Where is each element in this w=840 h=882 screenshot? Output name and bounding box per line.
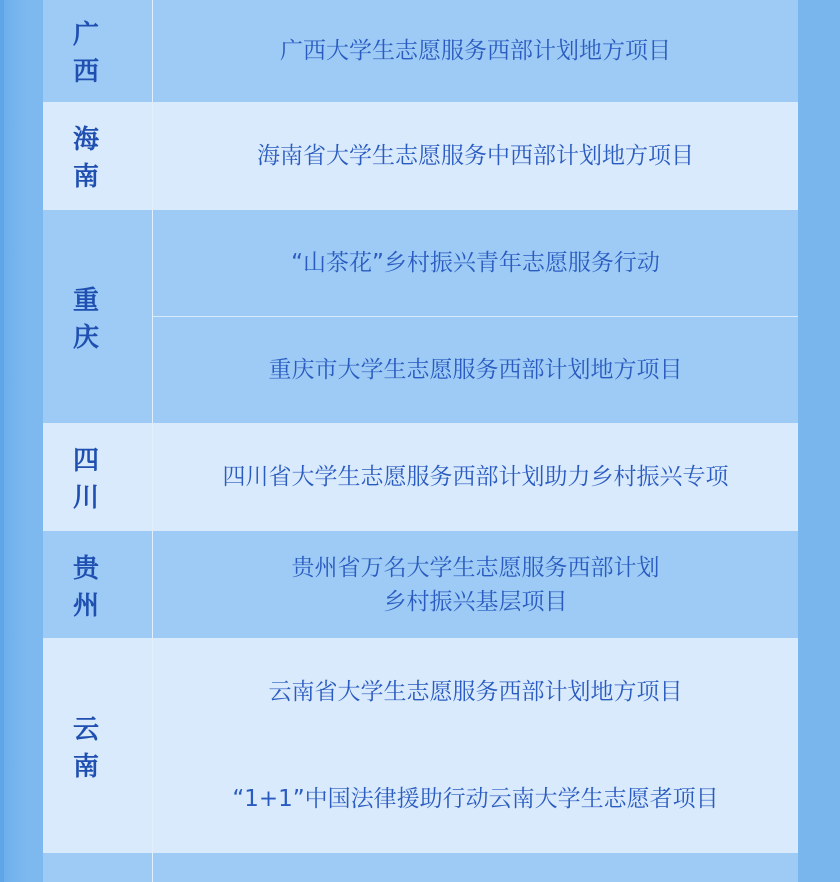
project-cell: 海南省大学生志愿服务中西部计划地方项目 bbox=[153, 103, 798, 209]
province-cell: 四川 bbox=[43, 424, 153, 530]
project-cell: 重庆市大学生志愿服务西部计划地方项目 bbox=[153, 316, 798, 423]
project-cell: 贵州省万名大学生志愿服务西部计划 乡村振兴基层项目 bbox=[153, 531, 798, 638]
table-row-yunnan: 云南 云南省大学生志愿服务西部计划地方项目 “1+1”中国法律援助行动云南大学生… bbox=[43, 639, 798, 853]
table-row-guizhou: 贵州 贵州省万名大学生志愿服务西部计划 乡村振兴基层项目 bbox=[43, 531, 798, 639]
province-cell: 贵州 bbox=[43, 531, 153, 638]
project-cell: 广西大学生志愿服务西部计划地方项目 bbox=[153, 0, 798, 102]
project-cell: “山茶花”乡村振兴青年志愿服务行动 bbox=[153, 210, 798, 316]
province-cell: 重庆 bbox=[43, 210, 153, 423]
project-cell: 云南省大学生志愿服务西部计划地方项目 bbox=[153, 639, 798, 745]
province-cell bbox=[43, 853, 153, 882]
province-cell: 云南 bbox=[43, 639, 153, 852]
volunteer-project-table: 广西 广西大学生志愿服务西部计划地方项目 海南 海南省大学生志愿服务中西部计划地… bbox=[43, 0, 798, 882]
province-cell: 海南 bbox=[43, 103, 153, 209]
table-row-hainan: 海南 海南省大学生志愿服务中西部计划地方项目 bbox=[43, 103, 798, 210]
table-row-guangxi: 广西 广西大学生志愿服务西部计划地方项目 bbox=[43, 0, 798, 103]
table-row-sichuan: 四川 四川省大学生志愿服务西部计划助力乡村振兴专项 bbox=[43, 424, 798, 531]
table-row-chongqing: 重庆 “山茶花”乡村振兴青年志愿服务行动 重庆市大学生志愿服务西部计划地方项目 bbox=[43, 210, 798, 424]
table-row-next-partial bbox=[43, 853, 798, 882]
project-cell: “1+1”中国法律援助行动云南大学生志愿者项目 bbox=[153, 745, 798, 852]
project-cell: 四川省大学生志愿服务西部计划助力乡村振兴专项 bbox=[153, 424, 798, 530]
province-cell: 广西 bbox=[43, 0, 153, 102]
page-background-edge bbox=[0, 0, 4, 882]
